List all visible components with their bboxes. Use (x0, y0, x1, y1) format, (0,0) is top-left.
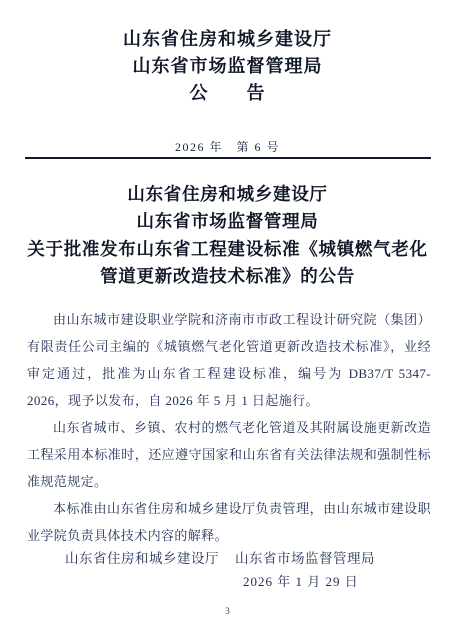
announcement-page: 山东省住房和城乡建设厅 山东省市场监督管理局 公 告 2026 年 第 6 号 … (0, 0, 455, 631)
header-org2: 山东省市场监督管理局 (0, 53, 455, 80)
page-number: 3 (0, 606, 455, 616)
signature-organizations: 山东省住房和城乡建设厅山东省市场监督管理局 (65, 547, 375, 567)
body-paragraph-3: 本标准由山东省住房和城乡建设厅负责管理，由山东城市建设职业学院负责具体技术内容的… (27, 495, 431, 549)
doc-title-line1: 山东省住房和城乡建设厅 (0, 181, 455, 208)
body-paragraph-2: 山东省城市、乡镇、农村的燃气老化管道及其附属设施更新改造工程采用本标准时，还应遵… (27, 414, 431, 495)
doc-title-line3: 关于批准发布山东省工程建设标准《城镇燃气老化 (0, 236, 455, 263)
signature-org2: 山东省市场监督管理局 (235, 551, 375, 566)
signature-date: 2026 年 1 月 29 日 (243, 571, 359, 590)
header-org1: 山东省住房和城乡建设厅 (0, 26, 455, 53)
header-notice-title: 公 告 (0, 80, 455, 107)
issue-number-line: 2026 年 第 6 号 (0, 138, 455, 155)
signature-org1: 山东省住房和城乡建设厅 (65, 551, 219, 566)
doc-title-line4: 管道更新改造技术标准》的公告 (0, 263, 455, 290)
document-title: 山东省住房和城乡建设厅 山东省市场监督管理局 关于批准发布山东省工程建设标准《城… (0, 181, 455, 291)
header-divider-line (25, 157, 431, 159)
doc-title-line2: 山东省市场监督管理局 (0, 208, 455, 235)
body-paragraph-1: 由山东城市建设职业学院和济南市市政工程设计研究院（集团）有限责任公司主编的《城镇… (27, 306, 431, 414)
announcement-header: 山东省住房和城乡建设厅 山东省市场监督管理局 公 告 (0, 26, 455, 107)
announcement-body: 由山东城市建设职业学院和济南市市政工程设计研究院（集团）有限责任公司主编的《城镇… (27, 306, 431, 549)
